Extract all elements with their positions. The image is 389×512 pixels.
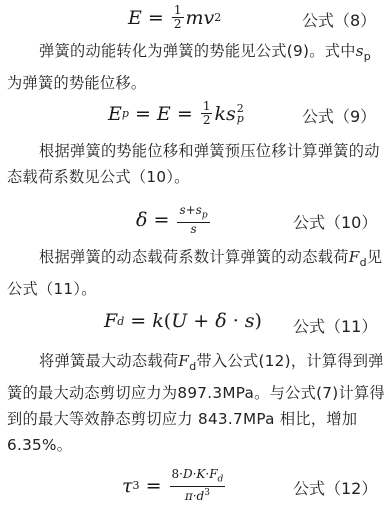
- equation-11-row: Fd = k(U + δ · s) 公式（11）: [0, 310, 389, 340]
- equation-9-label: 公式（9）: [302, 104, 376, 127]
- equation-12-row: τ3 = 8·D·K·Fdπ·d3 公式（12）: [0, 468, 389, 508]
- equation-8-label: 公式（8）: [302, 8, 376, 31]
- equation-10-label: 公式（10）: [293, 210, 377, 233]
- equation-11-label: 公式（11）: [293, 314, 377, 337]
- paragraph-kinetic-to-potential: 弹簧的动能转化为弹簧的势能见公式(9)。式中sp为弹簧的势能位移。: [7, 38, 385, 96]
- equation-8-row: E = 12mv2 公式（8）: [0, 4, 389, 34]
- paragraph-text: 弹簧的动能转化为弹簧的势能见公式(9)。式中: [39, 42, 356, 60]
- equation-9-row: Ep = E = 12ks2p 公式（9）: [0, 100, 389, 130]
- variable-s: s: [356, 42, 364, 60]
- paragraph-text: 将弹簧最大动态载荷: [39, 352, 178, 370]
- subscript: d: [360, 256, 367, 269]
- equation-11: Fd = k(U + δ · s): [104, 310, 262, 332]
- equation-8: E = 12mv2: [128, 4, 221, 31]
- paragraph-dynamic-load-coefficient: 根据弹簧的势能位移和弹簧预压位移计算弹簧的动态载荷系数见公式（10）。: [7, 138, 385, 190]
- paragraph-max-dynamic-shear-stress: 将弹簧最大动态载荷Fd带入公式(12)，计算得到弹簧的最大动态剪切应力为897.…: [7, 348, 385, 458]
- paragraph-text: 根据弹簧的动态载荷系数计算弹簧的动态载荷: [39, 248, 349, 266]
- equation-12: τ3 = 8·D·K·Fdπ·d3: [122, 468, 227, 503]
- paragraph-dynamic-load: 根据弹簧的动态载荷系数计算弹簧的动态载荷Fd见公式（11）。: [7, 244, 385, 302]
- paragraph-text: 为弹簧的势能位移。: [7, 74, 146, 92]
- equation-10-row: δ = s+sps 公式（10）: [0, 200, 389, 240]
- variable-F: F: [178, 352, 189, 370]
- subscript: d: [189, 360, 196, 373]
- variable-F: F: [349, 248, 360, 266]
- paragraph-text: 根据弹簧的势能位移和弹簧预压位移计算弹簧的动态载荷系数见公式（10）。: [7, 142, 380, 186]
- equation-10: δ = s+sps: [136, 204, 212, 236]
- equation-12-label: 公式（12）: [293, 476, 377, 499]
- equation-9: Ep = E = 12ks2p: [108, 100, 244, 127]
- subscript: p: [364, 50, 371, 63]
